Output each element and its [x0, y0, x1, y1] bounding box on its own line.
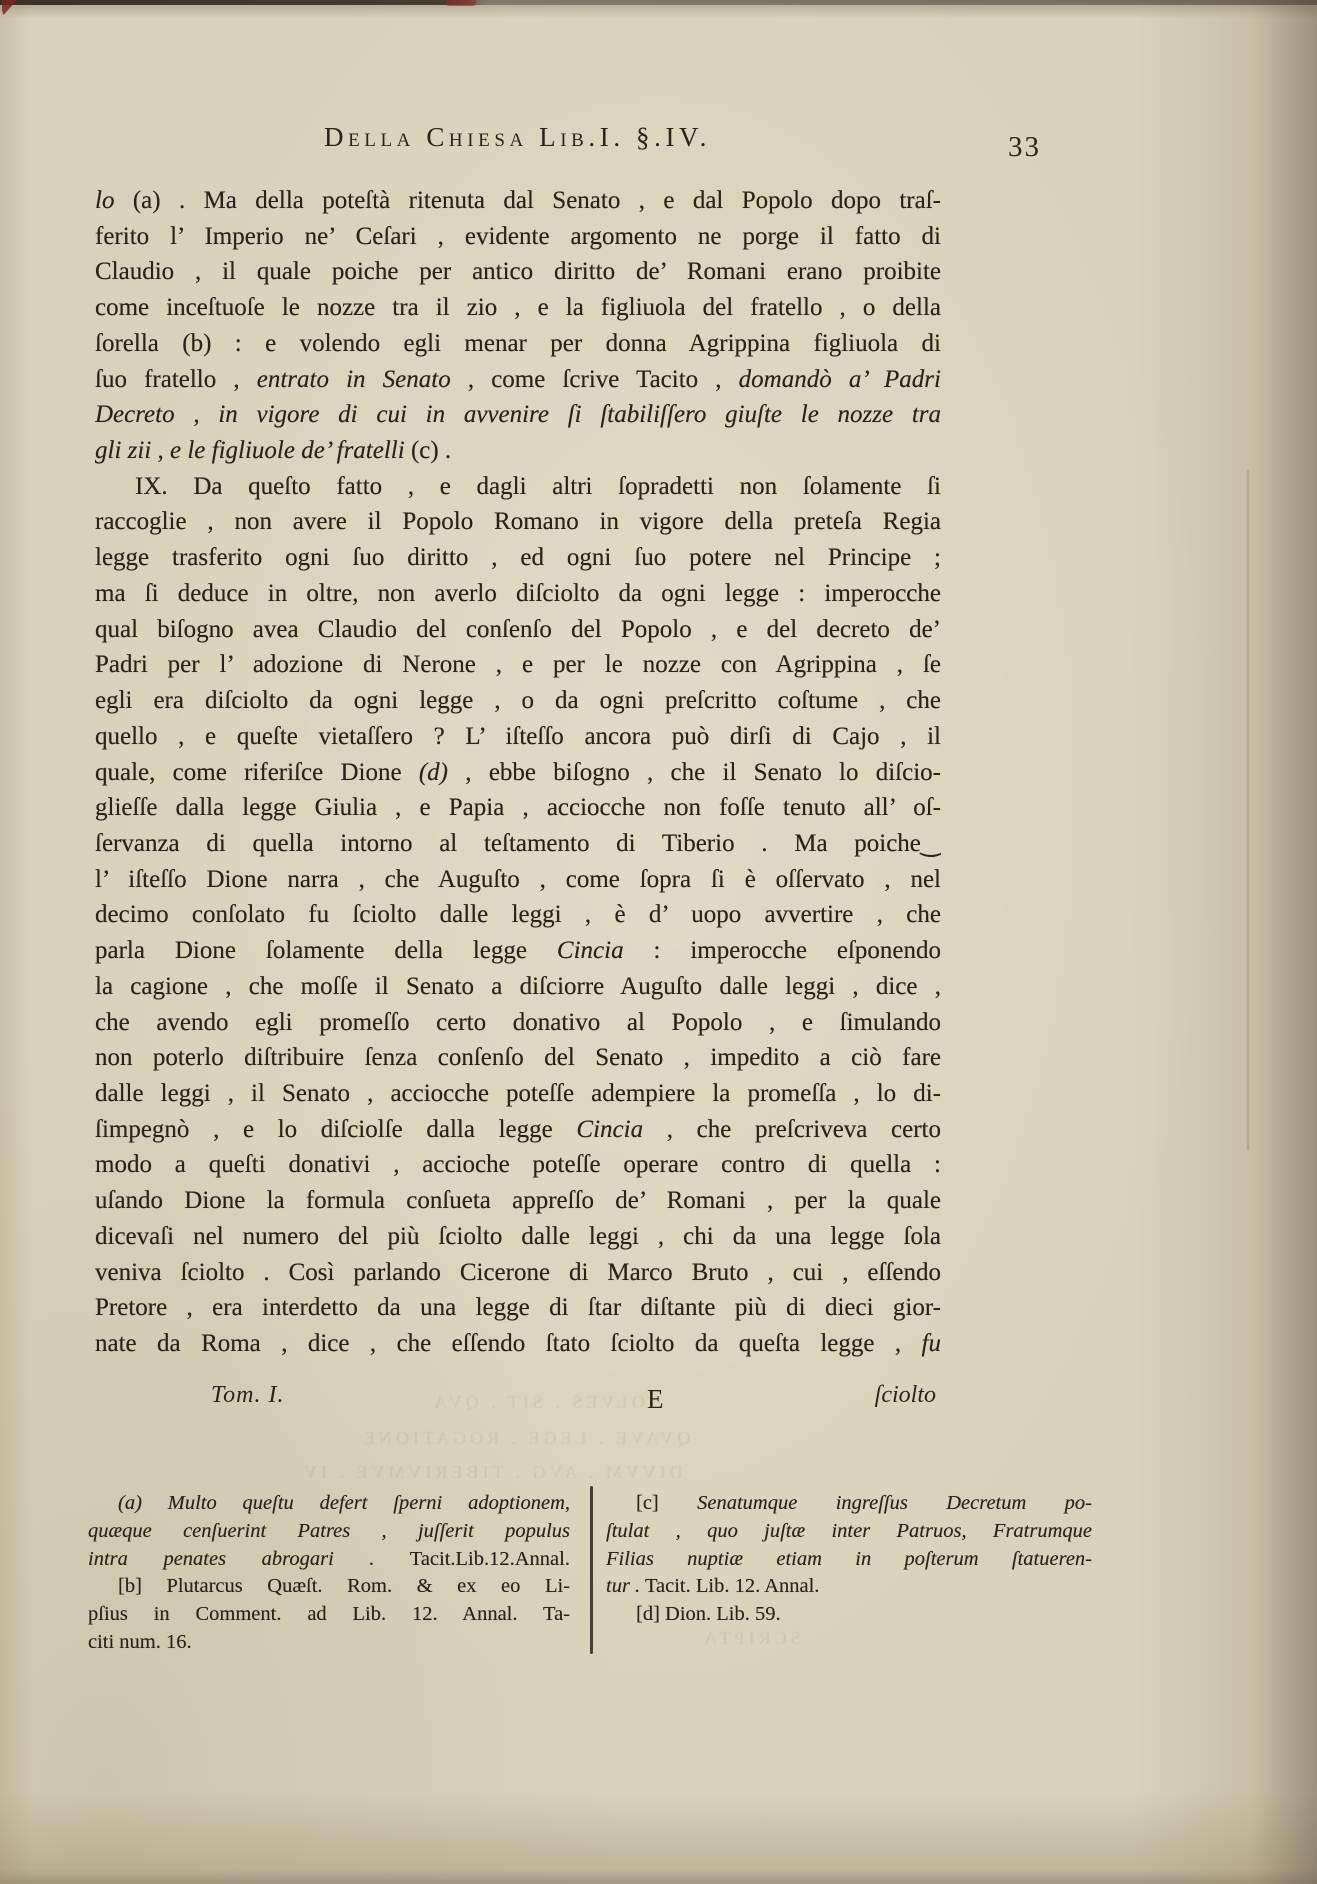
bleedthrough-text: SCRIPTA [700, 1628, 801, 1649]
text-segment: tur . [606, 1575, 640, 1597]
text-segment: Padri per l’ adozione di Nerone , e per … [95, 651, 941, 678]
text-line: non poterlo diſtribuire ſenza conſenſo d… [95, 1040, 941, 1076]
text-segment: gli zii , e le figliuole de’ fratelli [95, 437, 405, 464]
text-line: IX. Da queſto fatto , e dagli altri ſopr… [95, 469, 941, 505]
text-segment: [c] [636, 1492, 697, 1514]
bleedthrough-text: IOLVES . SIT . QVA [430, 1392, 655, 1413]
text-line: nate da Roma , dice , che eſſendo ſtato … [95, 1326, 941, 1362]
text-segment: glieſſe dalla legge Giulia , e Papia , a… [95, 794, 941, 821]
text-segment: dalle leggi , il Senato , acciocche pote… [95, 1080, 941, 1107]
text-segment: quale, come riferiſce Dione [95, 759, 419, 786]
text-segment: Decreto , in vigore di cui in avvenire ſ… [95, 401, 941, 428]
text-line: veniva ſciolto . Così parlando Cicerone … [95, 1255, 941, 1291]
text-line: dicevaſi nel numero del più ſciolto dall… [95, 1219, 941, 1255]
text-line: [b] Plutarcus Quæſt. Rom. & ex eo Li- [88, 1573, 570, 1601]
bleedthrough-text: DIVVM . AVG . TIBERIVMVE . IV [300, 1462, 683, 1483]
text-line: legge trasferito ogni ſuo diritto , ed o… [95, 540, 941, 576]
text-segment: fu [922, 1330, 941, 1357]
text-line: modo a queſti donativi , accioche poteſſ… [95, 1147, 941, 1183]
text-segment: [d] Dion. Lib. 59. [636, 1603, 781, 1625]
text-segment: qual biſogno avea Claudio del conſenſo d… [95, 616, 941, 643]
text-line: parla Dione ſolamente della legge Cincia… [95, 933, 941, 969]
text-segment: decimo conſolato fu ſciolto dalle leggi … [95, 901, 941, 928]
text-line: ſtulat , quo juſtæ inter Patruos, Fratru… [606, 1518, 1092, 1546]
text-line: egli era diſciolto da ogni legge , o da … [95, 683, 941, 719]
text-line: intra penates abrogari . Tacit.Lib.12.An… [88, 1546, 570, 1574]
text-line: [c] Senatumque ingreſſus Decretum po- [606, 1490, 1092, 1518]
text-line: pſius in Comment. ad Lib. 12. Annal. Ta- [88, 1601, 570, 1629]
text-line: Pretore , era interdetto da una legge di… [95, 1290, 941, 1326]
text-segment: veniva ſciolto . Così parlando Cicerone … [95, 1259, 941, 1286]
text-segment: , come ſcrive Tacito , [451, 366, 739, 393]
text-segment: Tacit. Lib. 12. Annal. [640, 1575, 819, 1597]
text-segment: (a) [118, 1492, 168, 1514]
volume-label: Tom. I. [211, 1382, 284, 1409]
text-line: citi num. 16. [88, 1629, 570, 1657]
text-line: ſorella (b) : e volendo egli menar per d… [95, 326, 941, 362]
text-line: quale, come riferiſce Dione (d) , ebbe b… [95, 755, 941, 791]
text-line: che avendo egli promeſſo certo donativo … [95, 1005, 941, 1041]
text-segment: che avendo egli promeſſo certo donativo … [95, 1009, 941, 1036]
text-segment: IX. Da queſto fatto , e dagli altri ſopr… [135, 473, 941, 500]
red-edge-mark [2, 0, 17, 15]
text-segment: la cagione , che moſſe il Senato a diſci… [95, 973, 941, 1000]
page-crease [1247, 470, 1249, 1150]
text-line: quello , e queſte vietaſſero ? L’ iſteſſ… [95, 719, 941, 755]
text-line: [d] Dion. Lib. 59. [606, 1601, 1092, 1629]
text-segment: dicevaſi nel numero del più ſciolto dall… [95, 1223, 941, 1250]
text-line: l’ iſteſſo Dione narra , che Auguſto , c… [95, 862, 941, 898]
body-text: lo (a) . Ma della poteſtà ritenuta dal S… [95, 183, 941, 1362]
text-line: glieſſe dalla legge Giulia , e Papia , a… [95, 790, 941, 826]
text-line: ma ſi deduce in oltre, non averlo diſcio… [95, 576, 941, 612]
text-segment: (d) [419, 759, 448, 786]
book-page: Della Chiesa Lib.I. §.IV. 33 lo (a) . Ma… [0, 0, 1317, 1884]
text-line: (a) Multo queſtu defert ſperni adoptione… [88, 1490, 570, 1518]
text-segment: ſervanza di quella intorno al teſtamento… [95, 830, 941, 857]
text-segment: Filias nuptiæ etiam in poſterum ſtatuere… [606, 1548, 1092, 1570]
text-segment: Claudio , il quale poiche per antico dir… [95, 258, 941, 285]
text-segment: ſimpegnò , e lo diſciolſe dalla legge [95, 1116, 576, 1143]
text-segment: : imperocche eſponendo [624, 937, 941, 964]
text-segment: legge trasferito ogni ſuo diritto , ed o… [95, 544, 941, 571]
text-line: lo (a) . Ma della poteſtà ritenuta dal S… [95, 183, 941, 219]
text-segment: domandò a’ Padri [739, 366, 941, 393]
text-segment: come inceſtuoſe le nozze tra il zio , e … [95, 294, 941, 321]
text-segment: quello , e queſte vietaſſero ? L’ iſteſſ… [95, 723, 941, 750]
text-segment: [b] Plutarcus Quæſt. Rom. & ex eo Li- [118, 1575, 570, 1597]
text-segment: lo [95, 187, 114, 214]
text-segment: nate da Roma , dice , che eſſendo ſtato … [95, 1330, 922, 1357]
text-line: uſando Dione la formula conſueta appreſſ… [95, 1183, 941, 1219]
page-top-edge [0, 0, 1317, 5]
text-line: dalle leggi , il Senato , acciocche pote… [95, 1076, 941, 1112]
text-segment: Senatumque ingreſſus Decretum po- [697, 1492, 1092, 1514]
text-line: raccoglie , non avere il Popolo Romano i… [95, 504, 941, 540]
text-segment: ſtulat , quo juſtæ inter Patruos, Fratru… [606, 1520, 1092, 1542]
footnotes-left-column: (a) Multo queſtu defert ſperni adoptione… [88, 1490, 570, 1657]
text-segment: modo a queſti donativi , accioche poteſſ… [95, 1151, 941, 1178]
text-segment: , che preſcriveva certo [643, 1116, 941, 1143]
text-line: Padri per l’ adozione di Nerone , e per … [95, 647, 941, 683]
text-segment: l’ iſteſſo Dione narra , che Auguſto , c… [95, 866, 941, 893]
text-line: quæque cenſuerint Patres , juſſerit popu… [88, 1518, 570, 1546]
text-line: ſervanza di quella intorno al teſtamento… [95, 826, 941, 862]
text-line: ferito l’ Imperio ne’ Ceſari , evidente … [95, 219, 941, 255]
text-line: ſuo fratello , entrato in Senato , come … [95, 362, 941, 398]
text-segment: entrato in Senato [257, 366, 451, 393]
text-segment: Pretore , era interdetto da una legge di… [95, 1294, 941, 1321]
text-segment: (c) . [405, 437, 452, 464]
page-number: 33 [1008, 131, 1041, 164]
text-segment: ma ſi deduce in oltre, non averlo diſcio… [95, 580, 941, 607]
text-segment: uſando Dione la formula conſueta appreſſ… [95, 1187, 941, 1214]
text-segment: citi num. 16. [88, 1631, 192, 1653]
text-line: Claudio , il quale poiche per antico dir… [95, 254, 941, 290]
running-header: Della Chiesa Lib.I. §.IV. [95, 122, 940, 153]
text-line: gli zii , e le figliuole de’ fratelli (c… [95, 433, 941, 469]
footnote-column-divider [590, 1486, 593, 1654]
text-segment: ferito l’ Imperio ne’ Ceſari , evidente … [95, 223, 941, 250]
text-segment: Tacit.Lib.12.Annal. [375, 1548, 570, 1570]
text-segment: Cincia [557, 937, 624, 964]
text-segment: parla Dione ſolamente della legge [95, 937, 557, 964]
text-segment: non poterlo diſtribuire ſenza conſenſo d… [95, 1044, 941, 1071]
text-line: Decreto , in vigore di cui in avvenire ſ… [95, 397, 941, 433]
text-line: qual biſogno avea Claudio del conſenſo d… [95, 612, 941, 648]
red-edge-tick [446, 0, 476, 6]
text-line: come inceſtuoſe le nozze tra il zio , e … [95, 290, 941, 326]
footnotes-right-column: [c] Senatumque ingreſſus Decretum po-ſtu… [606, 1490, 1092, 1629]
text-segment: raccoglie , non avere il Popolo Romano i… [95, 508, 941, 535]
text-segment: ſorella (b) : e volendo egli menar per d… [95, 330, 941, 357]
text-segment: intra penates abrogari . [88, 1548, 375, 1570]
text-segment: ſuo fratello , [95, 366, 257, 393]
text-line: Filias nuptiæ etiam in poſterum ſtatuere… [606, 1546, 1092, 1574]
text-segment: , ebbe biſogno , che il Senato lo diſcio… [448, 759, 941, 786]
text-line: ſimpegnò , e lo diſciolſe dalla legge Ci… [95, 1112, 941, 1148]
text-segment: pſius in Comment. ad Lib. 12. Annal. Ta- [88, 1603, 570, 1625]
text-segment: Cincia [576, 1116, 643, 1143]
text-line: la cagione , che moſſe il Senato a diſci… [95, 969, 941, 1005]
text-segment: (a) . Ma della poteſtà ritenuta dal Sena… [114, 187, 941, 214]
text-segment: Multo queſtu defert ſperni adoptionem, [168, 1492, 570, 1514]
catchword: ſciolto [875, 1382, 936, 1409]
bleedthrough-text: QVAVE . LEGE . ROGATIONE [360, 1428, 690, 1449]
text-line: tur . Tacit. Lib. 12. Annal. [606, 1573, 1092, 1601]
text-line: decimo conſolato fu ſciolto dalle leggi … [95, 897, 941, 933]
text-segment: egli era diſciolto da ogni legge , o da … [95, 687, 941, 714]
text-segment: quæque cenſuerint Patres , juſſerit popu… [88, 1520, 570, 1542]
